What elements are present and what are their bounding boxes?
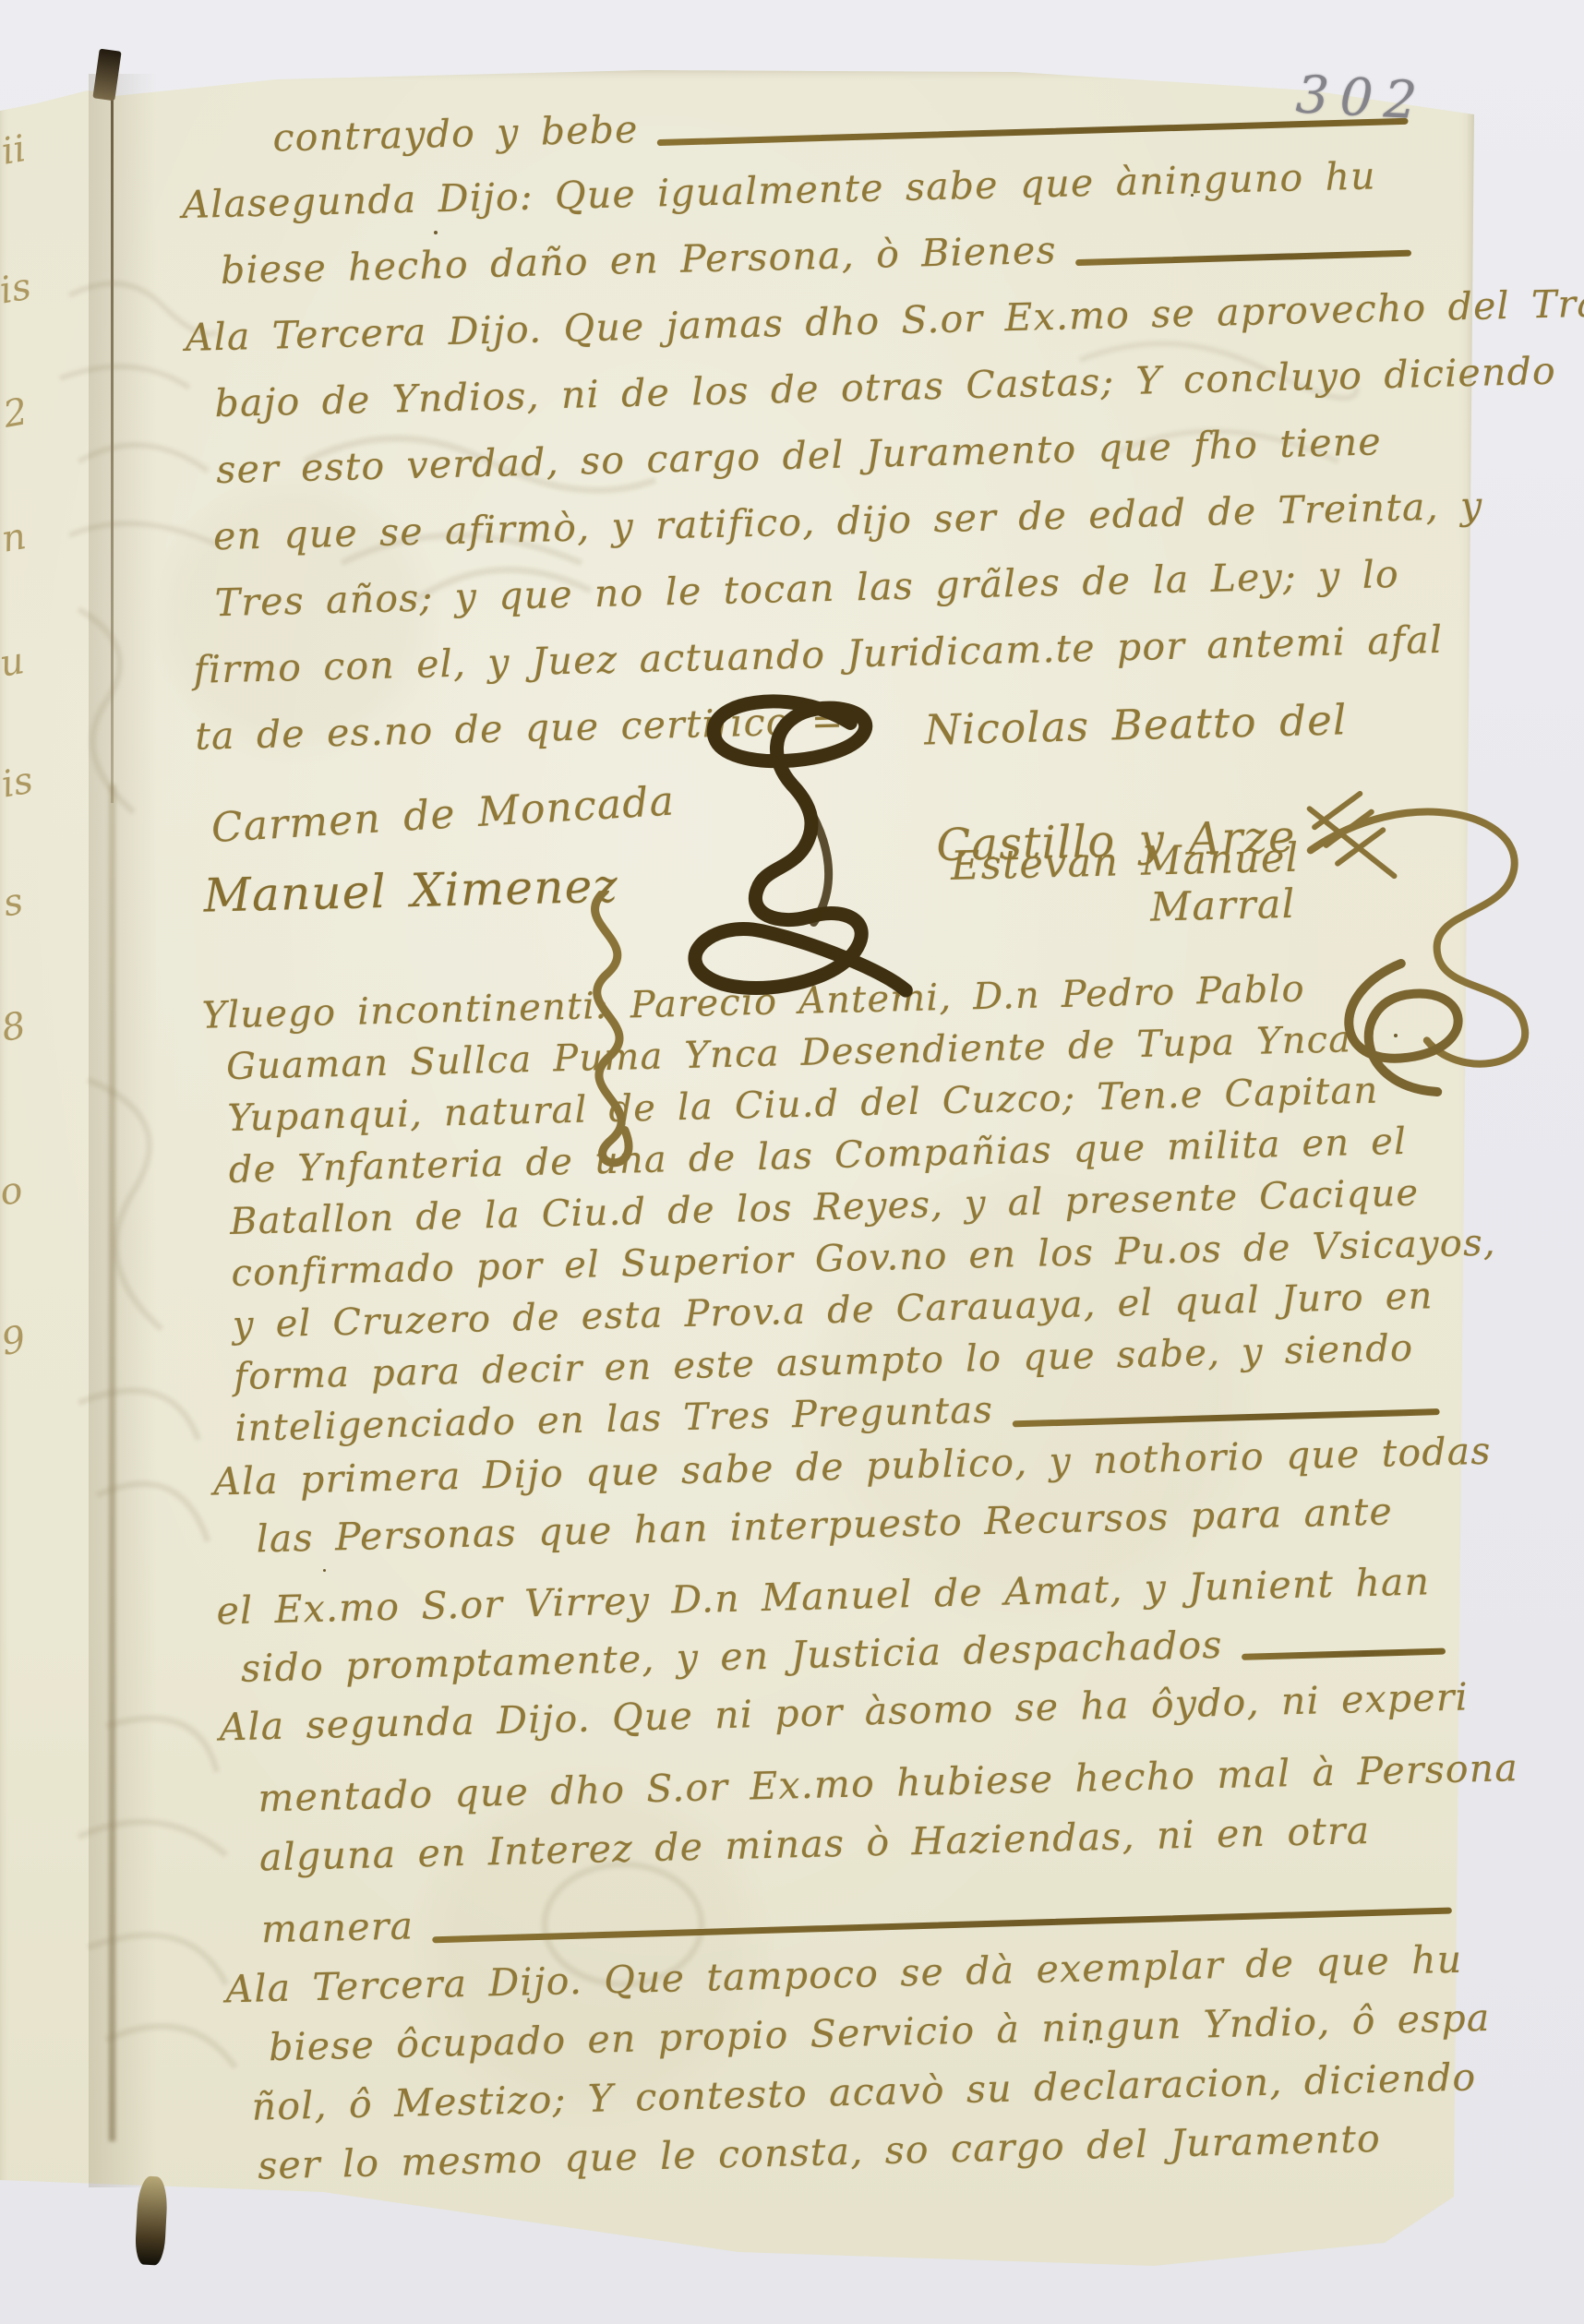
ink-rule (1075, 250, 1411, 266)
signature-area: Carmen de Moncada Nicolas Beatto del Cas… (197, 750, 1429, 994)
signature-estevan-manuel-line2: Marral (1150, 881, 1297, 931)
segunda-pregunta-block: Ala segunda Dijo. Que ni por àsomo se ha… (219, 1675, 1453, 1967)
primera-pregunta-block: Ala primera Dijo que sabe de publico, y … (213, 1430, 1446, 1705)
comparecencia-block: Yluego incontinenti: Parecio Antemi, D.n… (201, 964, 1440, 1459)
ink-rule (657, 118, 1409, 146)
ink-rule (1012, 1408, 1439, 1427)
binding-mark-bottom (135, 2175, 169, 2266)
gutter-shadow (89, 74, 157, 2187)
signature-rubric-hash (1304, 788, 1409, 892)
binding-crease-lower (109, 785, 115, 2141)
line-text: manera (223, 1903, 414, 1952)
testimony-closing-block: Alasegunda Dijo: Que igualmente sabe que… (182, 152, 1423, 780)
signature-manuel-ximenez: Manuel Ximenez (203, 859, 619, 923)
signature-carmen-de-moncada: Carmen de Moncada (210, 777, 676, 852)
manuscript-scan: ii is 2 n u is s 8 o 9 302 contraydo y b… (0, 0, 1584, 2324)
manuscript-text: contraydo y bebe Alasegunda Dijo: Que ig… (180, 89, 1458, 2204)
tercera-pregunta-block: Ala Tercera Dijo. Que tampoco se dà exem… (225, 1937, 1458, 2203)
signature-estevan-manuel-line1: Estevan Manuel (950, 835, 1300, 890)
ink-rule (432, 1908, 1452, 1944)
ink-rule (1242, 1648, 1446, 1660)
signature-nicolas-beatto-line1: Nicolas Beatto del (924, 695, 1348, 754)
binding-crease (111, 92, 114, 803)
